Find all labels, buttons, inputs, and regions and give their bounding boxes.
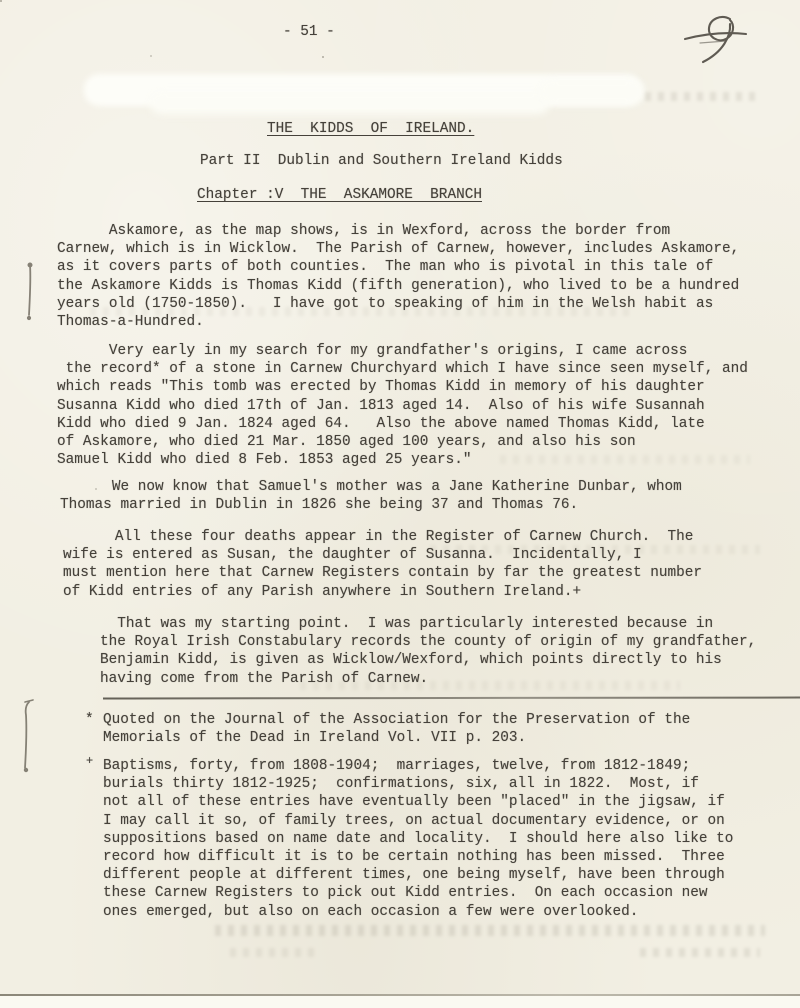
footnote-marker: * [85,711,94,729]
bleedthrough-mark [430,545,760,554]
body-paragraph: We now know that Samuel's mother was a J… [60,478,775,514]
bleedthrough-mark [500,455,750,464]
footnote-separator-rule [103,697,800,700]
body-paragraph: Very early in my search for my grandfath… [57,342,777,469]
body-paragraph: That was my starting point. I was partic… [100,615,790,688]
bleedthrough-mark [645,92,760,101]
footnote-text: Quoted on the Journal of the Association… [103,711,783,747]
document-title: THE KIDDS OF IRELAND. [267,120,474,138]
bleedthrough-mark [230,948,320,957]
paper-speck [0,0,2,2]
handwritten-annotation-icon [680,12,752,74]
footnote-marker: + [86,752,93,770]
margin-pen-mark-icon [22,698,36,776]
bleedthrough-mark [90,307,630,316]
chapter-heading: Chapter :V THE ASKAMORE BRANCH [197,186,482,204]
bleedthrough-mark [640,948,760,957]
page-number: - 51 - [283,23,335,41]
footnote-text: Baptisms, forty, from 1808-1904; marriag… [103,757,783,921]
margin-pen-mark-icon [24,262,38,326]
bleedthrough-mark [300,681,680,690]
body-paragraph: All these four deaths appear in the Regi… [63,528,778,601]
scanned-document-page: - 51 - THE KIDDS OF IRELAND. Part II Dub… [0,0,800,1008]
part-subtitle: Part II Dublin and Southern Ireland Kidd… [200,152,563,170]
scan-background-strip [0,996,800,1008]
bleedthrough-mark [215,925,765,936]
whiteout-correction [540,80,644,104]
whiteout-correction [150,92,550,114]
